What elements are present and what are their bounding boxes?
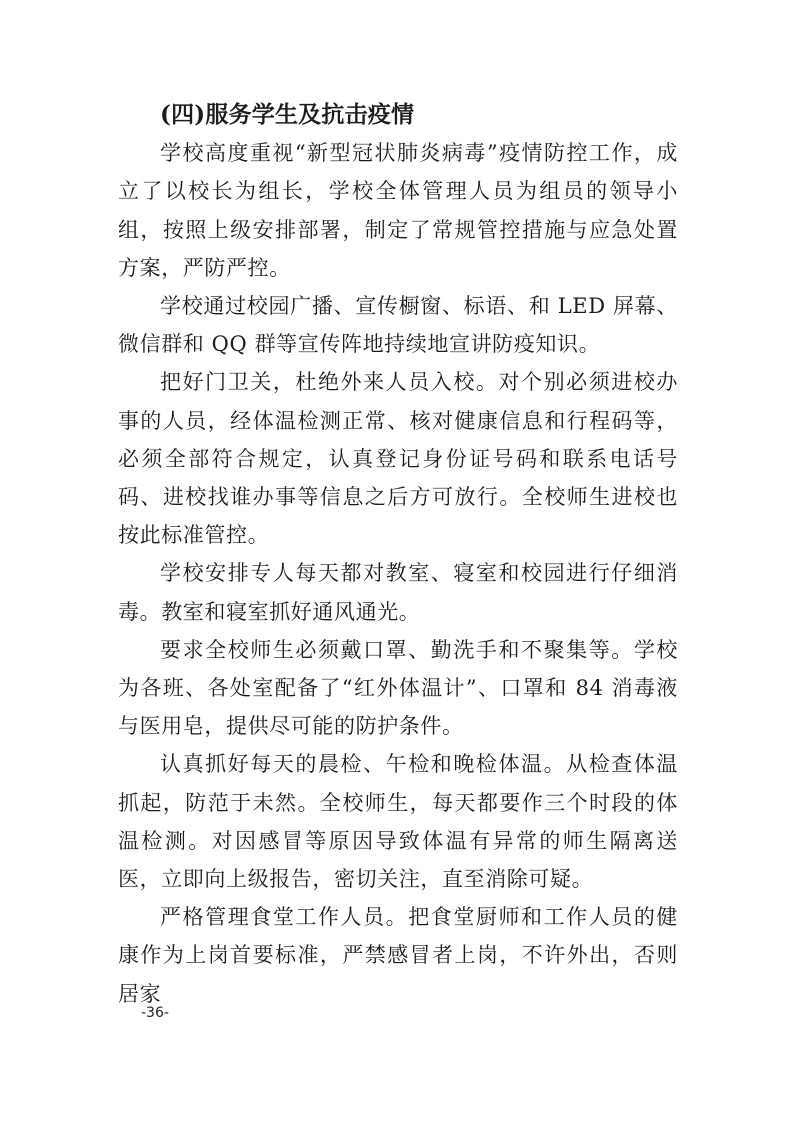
paragraph: 要求全校师生必须戴口罩、勤洗手和不聚集等。学校为各班、各处室配备了“红外体温计”…: [118, 631, 678, 746]
paragraph: 认真抓好每天的晨检、午检和晚检体温。从检查体温抓起，防范于未然。全校师生，每天都…: [118, 745, 678, 898]
paragraph: 学校安排专人每天都对教室、寝室和校园进行仔细消毒。教室和寝室抓好通风通光。: [118, 554, 678, 630]
paragraph: 学校通过校园广播、宣传橱窗、标语、和 LED 屏幕、微信群和 QQ 群等宣传阵地…: [118, 287, 678, 363]
document-page: (四)服务学生及抗击疫情 学校高度重视“新型冠状肺炎病毒”疫情防控工作，成立了以…: [0, 0, 793, 1122]
paragraph: 严格管理食堂工作人员。把食堂厨师和工作人员的健康作为上岗首要标准，严禁感冒者上岗…: [118, 898, 678, 1013]
page-number: -36-: [141, 1004, 169, 1022]
document-body: (四)服务学生及抗击疫情 学校高度重视“新型冠状肺炎病毒”疫情防控工作，成立了以…: [118, 96, 678, 1013]
paragraph: 学校高度重视“新型冠状肺炎病毒”疫情防控工作，成立了以校长为组长，学校全体管理人…: [118, 134, 678, 287]
section-heading: (四)服务学生及抗击疫情: [118, 96, 678, 134]
paragraph: 把好门卫关，杜绝外来人员入校。对个别必须进校办事的人员，经体温检测正常、核对健康…: [118, 363, 678, 554]
